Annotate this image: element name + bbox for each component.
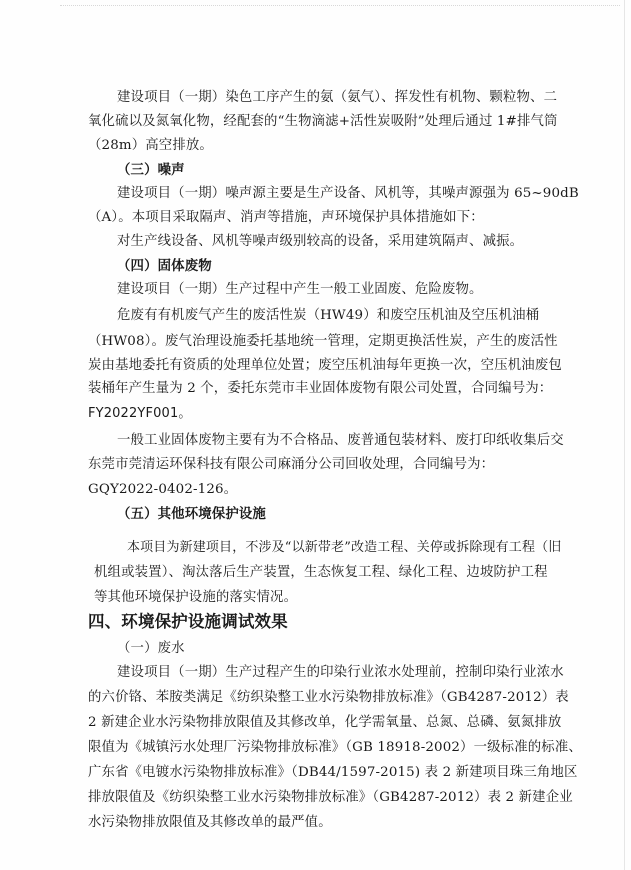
scan-artifact-right [624,0,625,870]
paragraph-hazardous-line-4: 装桶年产生量为 2 个，委托东莞市丰业固体废物有限公司处置，合同编号为： [88,380,552,398]
heading-wastewater: （一）废水 [117,640,185,658]
paragraph-emissions-line-3: （28m）高空排放。 [88,137,213,155]
paragraph-wastewater-line-7: 水污染物排放限值及其修改单的最严值。 [88,814,332,832]
heading-solid-waste: （四）固体废物 [117,257,212,275]
paragraph-hazardous-line-3: 炭由基地委托有资质的处理单位处置；废空压机油每年更换一次，空压机油废包 [88,357,562,375]
heading-other-facilities: （五）其他环境保护设施 [117,505,266,523]
section-heading-debug-effect: 四、环境保护设施调试效果 [88,611,288,633]
paragraph-general-waste-line-1: 一般工业固体废物主要有为不合格品、废普通包装材料、废打印纸收集后交 [117,432,564,450]
contract-number-fy: FY2022YF001。 [88,405,192,423]
paragraph-wastewater-line-1: 建设项目（一期）生产过程产生的印染行业浓水处理前，控制印染行业浓水 [117,664,564,682]
paragraph-hazardous-line-2: （HW08）。废气治理设施委托基地统一管理，定期更换活性炭，产生的废活性 [88,333,558,351]
paragraph-wastewater-line-6: 排放限值及《纺织染整工业水污染物排放标准》（GB4287-2012）表 2 新建… [88,789,573,807]
paragraph-wastewater-line-2: 的六价铬、苯胺类满足《纺织染整工业水污染物排放标准》（GB4287-2012）表 [88,689,569,707]
paragraph-noise-line-1: 建设项目（一期）噪声源主要是生产设备、风机等，其噪声源强为 65~90dB [117,185,579,203]
paragraph-noise-line-2: （A）。本项目采取隔声、消声等措施，声环境保护具体措施如下： [88,209,484,227]
scan-artifact-top [60,5,620,7]
paragraph-other-line-1: 本项目为新建项目，不涉及“以新带老”改造工程、关停或拆除现有工程（旧 [127,539,561,557]
paragraph-other-line-2: 机组或装置）、淘汰落后生产装置，生态恢复工程、绿化工程、边坡防护工程 [94,564,548,582]
paragraph-solid-intro: 建设项目（一期）生产过程中产生一般工业固废、危险废物。 [117,281,483,299]
paragraph-wastewater-line-5: 广东省《电镀水污染物排放标准》（DB44/1597-2015) 表 2 新建项目… [88,764,578,782]
paragraph-emissions-line-2: 氧化硫以及氮氧化物，经配套的“生物滴滤+活性炭吸附”处理后通过 1#排气筒 [88,113,558,131]
contract-number-gqy: GQY2022-0402-126。 [88,481,237,499]
paragraph-emissions-line-1: 建设项目（一期）染色工序产生的氨（氨气）、挥发性有机物、颗粒物、二 [117,89,557,107]
paragraph-wastewater-line-4: 限值为《城镇污水处理厂污染物排放标准》（GB 18918-2002）一级标准的标… [88,739,582,757]
paragraph-noise-line-3: 对生产线设备、风机等噪声级别较高的设备，采用建筑隔声、减振。 [117,233,523,251]
heading-noise: （三）噪声 [117,161,185,179]
paragraph-general-waste-line-2: 东莞市莞清运环保科技有限公司麻涌分公司回收处理，合同编号为： [88,456,494,474]
document-page: 建设项目（一期）染色工序产生的氨（氨气）、挥发性有机物、颗粒物、二 氧化硫以及氮… [0,0,631,870]
paragraph-hazardous-line-1: 危废有有机废气产生的废活性炭（HW49）和废空压机油及空压机油桶 [117,307,539,325]
paragraph-wastewater-line-3: 2 新建企业水污染物排放限值及其修改单，化学需氧量、总氮、总磷、氨氮排放 [88,714,561,732]
paragraph-other-line-3: 等其他环境保护设施的落实情况。 [94,589,297,607]
